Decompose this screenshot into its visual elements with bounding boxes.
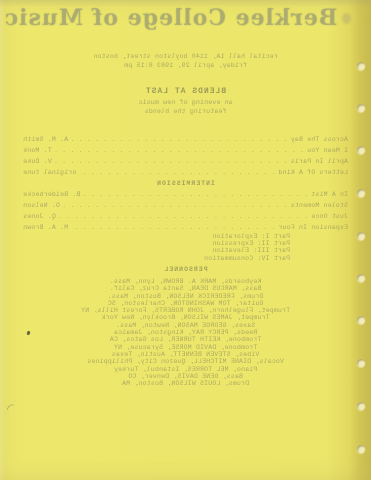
personnel-line: Keyboards, MARK A. BROWN, Lynn, Mass.: [0, 278, 371, 285]
song-title: Expansion In Four: [278, 224, 348, 231]
dot-leader: . . . . . . . . . . . . . . . . . . . . …: [71, 136, 287, 143]
song-title: Across The Bay: [291, 136, 348, 143]
binder-hole: [357, 359, 365, 367]
binder-hole: [357, 402, 365, 410]
program-line: Letters Of A Kind . . . . . . . . . . . …: [23, 169, 348, 180]
dot-leader: . . . . . . . . . . . . . . . . . . . . …: [71, 224, 275, 231]
song-title: In A Mist: [311, 191, 348, 198]
personnel-heading: PERSONNEL: [0, 266, 371, 273]
dot-leader: . . . . . . . . . . . . . . . . . . . . …: [83, 191, 308, 198]
show-through-text-layer: Berklee College of Music recital hall 1A…: [0, 0, 371, 480]
composer: M. A. Brown: [23, 224, 68, 231]
binder-hole: [357, 274, 365, 282]
program-line: Just Once . . . . . . . . . . . . . . . …: [23, 213, 348, 224]
movement-line: Part IV: Consummation: [204, 255, 290, 262]
dot-leader: . . . . . . . . . . . . . . . . . . . . …: [55, 158, 288, 165]
composer: A. M. Smith: [23, 136, 68, 143]
program-line: In A Mist . . . . . . . . . . . . . . . …: [23, 191, 348, 202]
personnel-line: Piano, MEL TORRES, Istanbul, Turkey: [0, 366, 371, 373]
program-line: I Mean You . . . . . . . . . . . . . . .…: [23, 147, 348, 158]
venue-line: recital hall 1A, 1140 boylston street, b…: [0, 52, 371, 61]
program-line: Across The Bay . . . . . . . . . . . . .…: [23, 136, 348, 147]
personnel-line: Trumpet, Flugelhorn, JOHN ROBERTS, Fores…: [0, 307, 371, 314]
song-title: Stolen Moments: [291, 202, 348, 209]
program-line: Stolen Moments . . . . . . . . . . . . .…: [23, 202, 348, 213]
composer: V. Duke: [23, 158, 52, 165]
movement-list: Part I: Exploration Part II: Expression …: [204, 233, 290, 262]
song-title: Just Once: [311, 213, 348, 220]
personnel-line: Bass, MARCUS DEAN, Santa Cruz, Calif.: [0, 285, 371, 292]
dot-leader: . . . . . . . . . . . . . . . . . . . . …: [59, 213, 308, 220]
movement-line: Part I: Exploration: [204, 233, 290, 240]
scanned-program-page: Berklee College of Music recital hall 1A…: [0, 0, 371, 480]
personnel-line: Saxes, GEORGE MASON, Newton, Mass.: [0, 322, 371, 329]
masthead-berklee-logo-text: Berklee College of Music: [0, 5, 371, 31]
binder-hole: [357, 189, 365, 197]
personnel-line: Vibes, STEVEN BENNETT, Austin, Texas: [0, 351, 371, 358]
song-title: Letters Of A Kind: [278, 169, 348, 176]
song-title: April In Paris: [291, 158, 348, 165]
binder-hole: [357, 146, 365, 154]
composer: O. Nelson: [23, 202, 60, 209]
title-block: BLENDS AT LAST an evening of new music f…: [0, 86, 371, 116]
datetime-line: friday, april 29, 1983 8:15 pm: [0, 61, 371, 70]
composer: original tune: [23, 169, 76, 176]
concert-subtitle: an evening of new music: [0, 98, 371, 107]
binder-hole: [357, 316, 365, 324]
program-line: April In Paris . . . . . . . . . . . . .…: [23, 158, 348, 169]
intermission-label: INTERMISSION: [23, 180, 348, 191]
program-list: Across The Bay . . . . . . . . . . . . .…: [23, 136, 348, 235]
composer: T. Monk: [23, 147, 52, 154]
personnel-line: Reeds, PERCY RAY, Kingston, Jamaica: [0, 329, 371, 336]
composer: B. Beiderbecke: [23, 191, 80, 198]
song-title: I Mean You: [307, 147, 348, 154]
personnel-line: Guitar, TOM WASHINGTON, Charleston, SC: [0, 300, 371, 307]
binder-hole: [357, 104, 365, 112]
binder-hole: [357, 445, 365, 453]
personnel-line: Drums, LOUIS WILSON, Boston, MA: [0, 380, 371, 387]
personnel-line: Trumpet, JAMES WILSON, Brooklyn, New Yor…: [0, 314, 371, 321]
personnel-line: Bass, GENE DAVIS, Denver, CO: [0, 373, 371, 380]
dot-leader: . . . . . . . . . . . . . . . . . . . . …: [79, 169, 275, 176]
dot-leader: . . . . . . . . . . . . . . . . . . . . …: [55, 147, 304, 154]
personnel-line: Drums, FREDERICK NELSON, Boston, Mass.: [0, 293, 371, 300]
venue-block: recital hall 1A, 1140 boylston street, b…: [0, 52, 371, 70]
concert-subtitle2: featuring the blends: [0, 107, 371, 116]
dot-leader: . . . . . . . . . . . . . . . . . . . . …: [63, 202, 288, 209]
paper-smudge: [342, 13, 351, 24]
binder-hole: [357, 62, 365, 70]
movement-line: Part II: Expression: [204, 240, 290, 247]
program-line: Expansion In Four . . . . . . . . . . . …: [23, 224, 348, 235]
movement-line: Part III: Elevation: [204, 247, 290, 254]
personnel-line: Vocals, DIANE MITCHELL, Quezon City, Phi…: [0, 358, 371, 365]
pen-mark: [5, 402, 17, 412]
binder-hole: [357, 232, 365, 240]
personnel-line: Trombone, KEITH TURNER, Los Gatos, CA: [0, 336, 371, 343]
personnel-line: Trombone, DAVID MORSE, Syracuse, NY: [0, 344, 371, 351]
personnel-list: Keyboards, MARK A. BROWN, Lynn, Mass. Ba…: [0, 278, 371, 387]
composer: Q. Jones: [23, 213, 56, 220]
concert-title: BLENDS AT LAST: [0, 86, 371, 98]
